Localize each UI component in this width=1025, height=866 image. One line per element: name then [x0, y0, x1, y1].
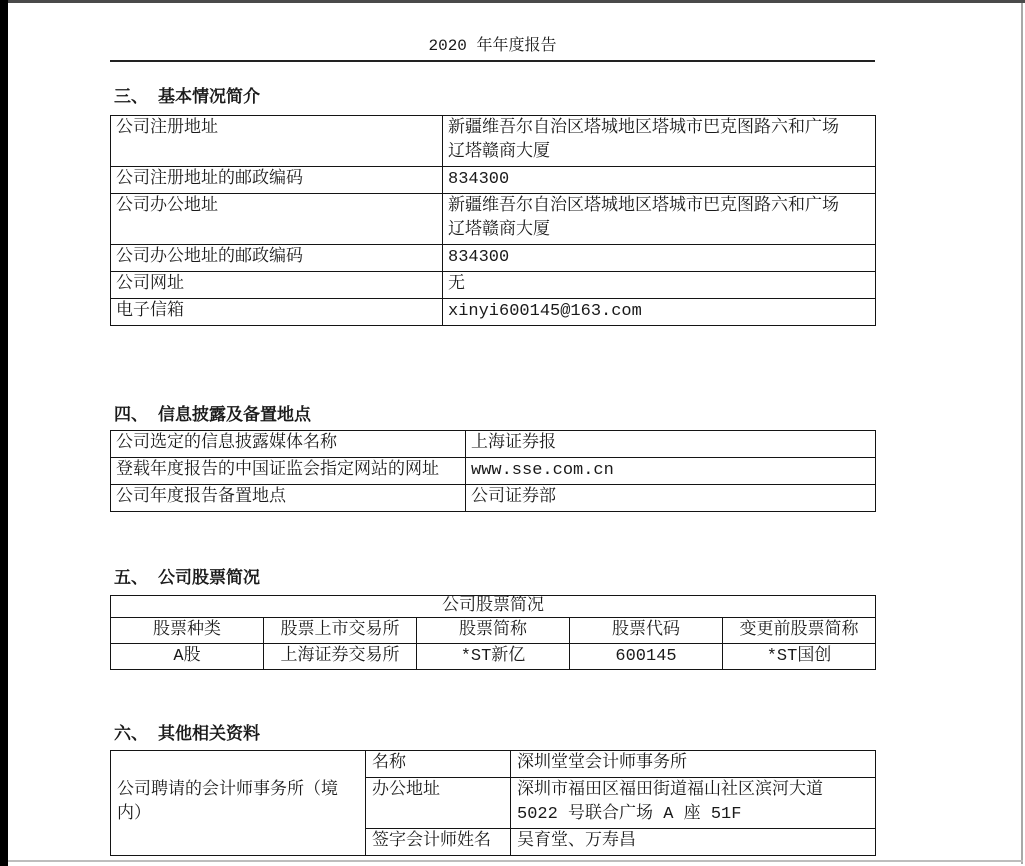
row-label: 公司注册地址的邮政编码 — [111, 167, 443, 194]
section-number: 三、 — [114, 89, 148, 108]
row-label: 电子信箱 — [111, 299, 443, 326]
page-right-edge — [1021, 3, 1023, 864]
table-header-row: 股票种类 股票上市交易所 股票简称 股票代码 变更前股票简称 — [111, 618, 876, 644]
row-value: www.sse.com.cn — [466, 458, 876, 485]
row-label: 名称 — [366, 751, 511, 778]
table-row: 公司注册地址的邮政编码 834300 — [111, 167, 876, 194]
row-label: 公司办公地址的邮政编码 — [111, 245, 443, 272]
table-row: 公司聘请的会计师事务所（境 内） 名称 深圳堂堂会计师事务所 — [111, 751, 876, 778]
row-value: 新疆维吾尔自治区塔城地区塔城市巴克图路六和广场 辽塔赣商大厦 — [443, 194, 876, 245]
section-title: 信息披露及备置地点 — [158, 407, 311, 426]
document-header: 2020 年年度报告 — [110, 0, 875, 62]
group-label: 公司聘请的会计师事务所（境 内） — [111, 751, 366, 856]
row-value: 834300 — [443, 167, 876, 194]
column-header: 股票代码 — [570, 618, 723, 644]
stock-exchange: 上海证券交易所 — [264, 644, 417, 670]
row-label: 签字会计师姓名 — [366, 829, 511, 856]
row-label: 办公地址 — [366, 778, 511, 829]
column-header: 股票简称 — [417, 618, 570, 644]
row-value: 834300 — [443, 245, 876, 272]
table-row: 电子信箱 xinyi600145@163.com — [111, 299, 876, 326]
column-header: 变更前股票简称 — [723, 618, 876, 644]
stock-former-name: *ST国创 — [723, 644, 876, 670]
basic-info-table: 公司注册地址 新疆维吾尔自治区塔城地区塔城市巴克图路六和广场 辽塔赣商大厦 公司… — [110, 115, 876, 326]
section-heading-basic-info: 三、基本情况简介 — [110, 88, 875, 110]
row-label: 公司注册地址 — [111, 116, 443, 167]
table-row: A股 上海证券交易所 *ST新亿 600145 *ST国创 — [111, 644, 876, 670]
row-value: 新疆维吾尔自治区塔城地区塔城市巴克图路六和广场 辽塔赣商大厦 — [443, 116, 876, 167]
column-header: 股票上市交易所 — [264, 618, 417, 644]
section-title: 其他相关资料 — [158, 726, 260, 745]
table-title-row: 公司股票简况 — [111, 596, 876, 618]
row-value: 上海证券报 — [466, 431, 876, 458]
row-label: 公司选定的信息披露媒体名称 — [111, 431, 466, 458]
section-title: 公司股票简况 — [158, 570, 260, 589]
document-page: 2020 年年度报告 三、基本情况简介 公司注册地址 新疆维吾尔自治区塔城地区塔… — [110, 0, 875, 856]
row-label: 公司办公地址 — [111, 194, 443, 245]
column-header: 股票种类 — [111, 618, 264, 644]
accounting-firm-table: 公司聘请的会计师事务所（境 内） 名称 深圳堂堂会计师事务所 办公地址 深圳市福… — [110, 750, 876, 856]
table-row: 公司网址 无 — [111, 272, 876, 299]
section-heading-disclosure: 四、信息披露及备置地点 — [110, 406, 875, 428]
row-value: 吴育堂、万寿昌 — [511, 829, 876, 856]
table-row: 公司年度报告备置地点 公司证券部 — [111, 485, 876, 512]
row-value: 深圳市福田区福田街道福山社区滨河大道 5022 号联合广场 A 座 51F — [511, 778, 876, 829]
stock-code: 600145 — [570, 644, 723, 670]
section-number: 四、 — [114, 407, 148, 426]
section-number: 六、 — [114, 726, 148, 745]
table-row: 公司选定的信息披露媒体名称 上海证券报 — [111, 431, 876, 458]
table-row: 公司办公地址 新疆维吾尔自治区塔城地区塔城市巴克图路六和广场 辽塔赣商大厦 — [111, 194, 876, 245]
row-label: 公司年度报告备置地点 — [111, 485, 466, 512]
row-value: xinyi600145@163.com — [443, 299, 876, 326]
table-row: 登载年度报告的中国证监会指定网站的网址 www.sse.com.cn — [111, 458, 876, 485]
row-value: 公司证券部 — [466, 485, 876, 512]
table-title: 公司股票简况 — [111, 596, 876, 618]
section-heading-stock: 五、公司股票简况 — [110, 569, 875, 591]
page-bottom-edge — [8, 860, 1023, 862]
disclosure-table: 公司选定的信息披露媒体名称 上海证券报 登载年度报告的中国证监会指定网站的网址 … — [110, 430, 876, 512]
stock-summary-table: 公司股票简况 股票种类 股票上市交易所 股票简称 股票代码 变更前股票简称 A股… — [110, 595, 876, 670]
row-value: 无 — [443, 272, 876, 299]
section-number: 五、 — [114, 570, 148, 589]
stock-short-name: *ST新亿 — [417, 644, 570, 670]
stock-type: A股 — [111, 644, 264, 670]
table-row: 公司办公地址的邮政编码 834300 — [111, 245, 876, 272]
row-label: 登载年度报告的中国证监会指定网站的网址 — [111, 458, 466, 485]
document-title: 2020 年年度报告 — [428, 37, 556, 55]
section-title: 基本情况简介 — [158, 89, 260, 108]
page-left-edge — [0, 0, 8, 866]
row-label: 公司网址 — [111, 272, 443, 299]
table-row: 公司注册地址 新疆维吾尔自治区塔城地区塔城市巴克图路六和广场 辽塔赣商大厦 — [111, 116, 876, 167]
section-heading-other-info: 六、其他相关资料 — [110, 725, 875, 747]
row-value: 深圳堂堂会计师事务所 — [511, 751, 876, 778]
